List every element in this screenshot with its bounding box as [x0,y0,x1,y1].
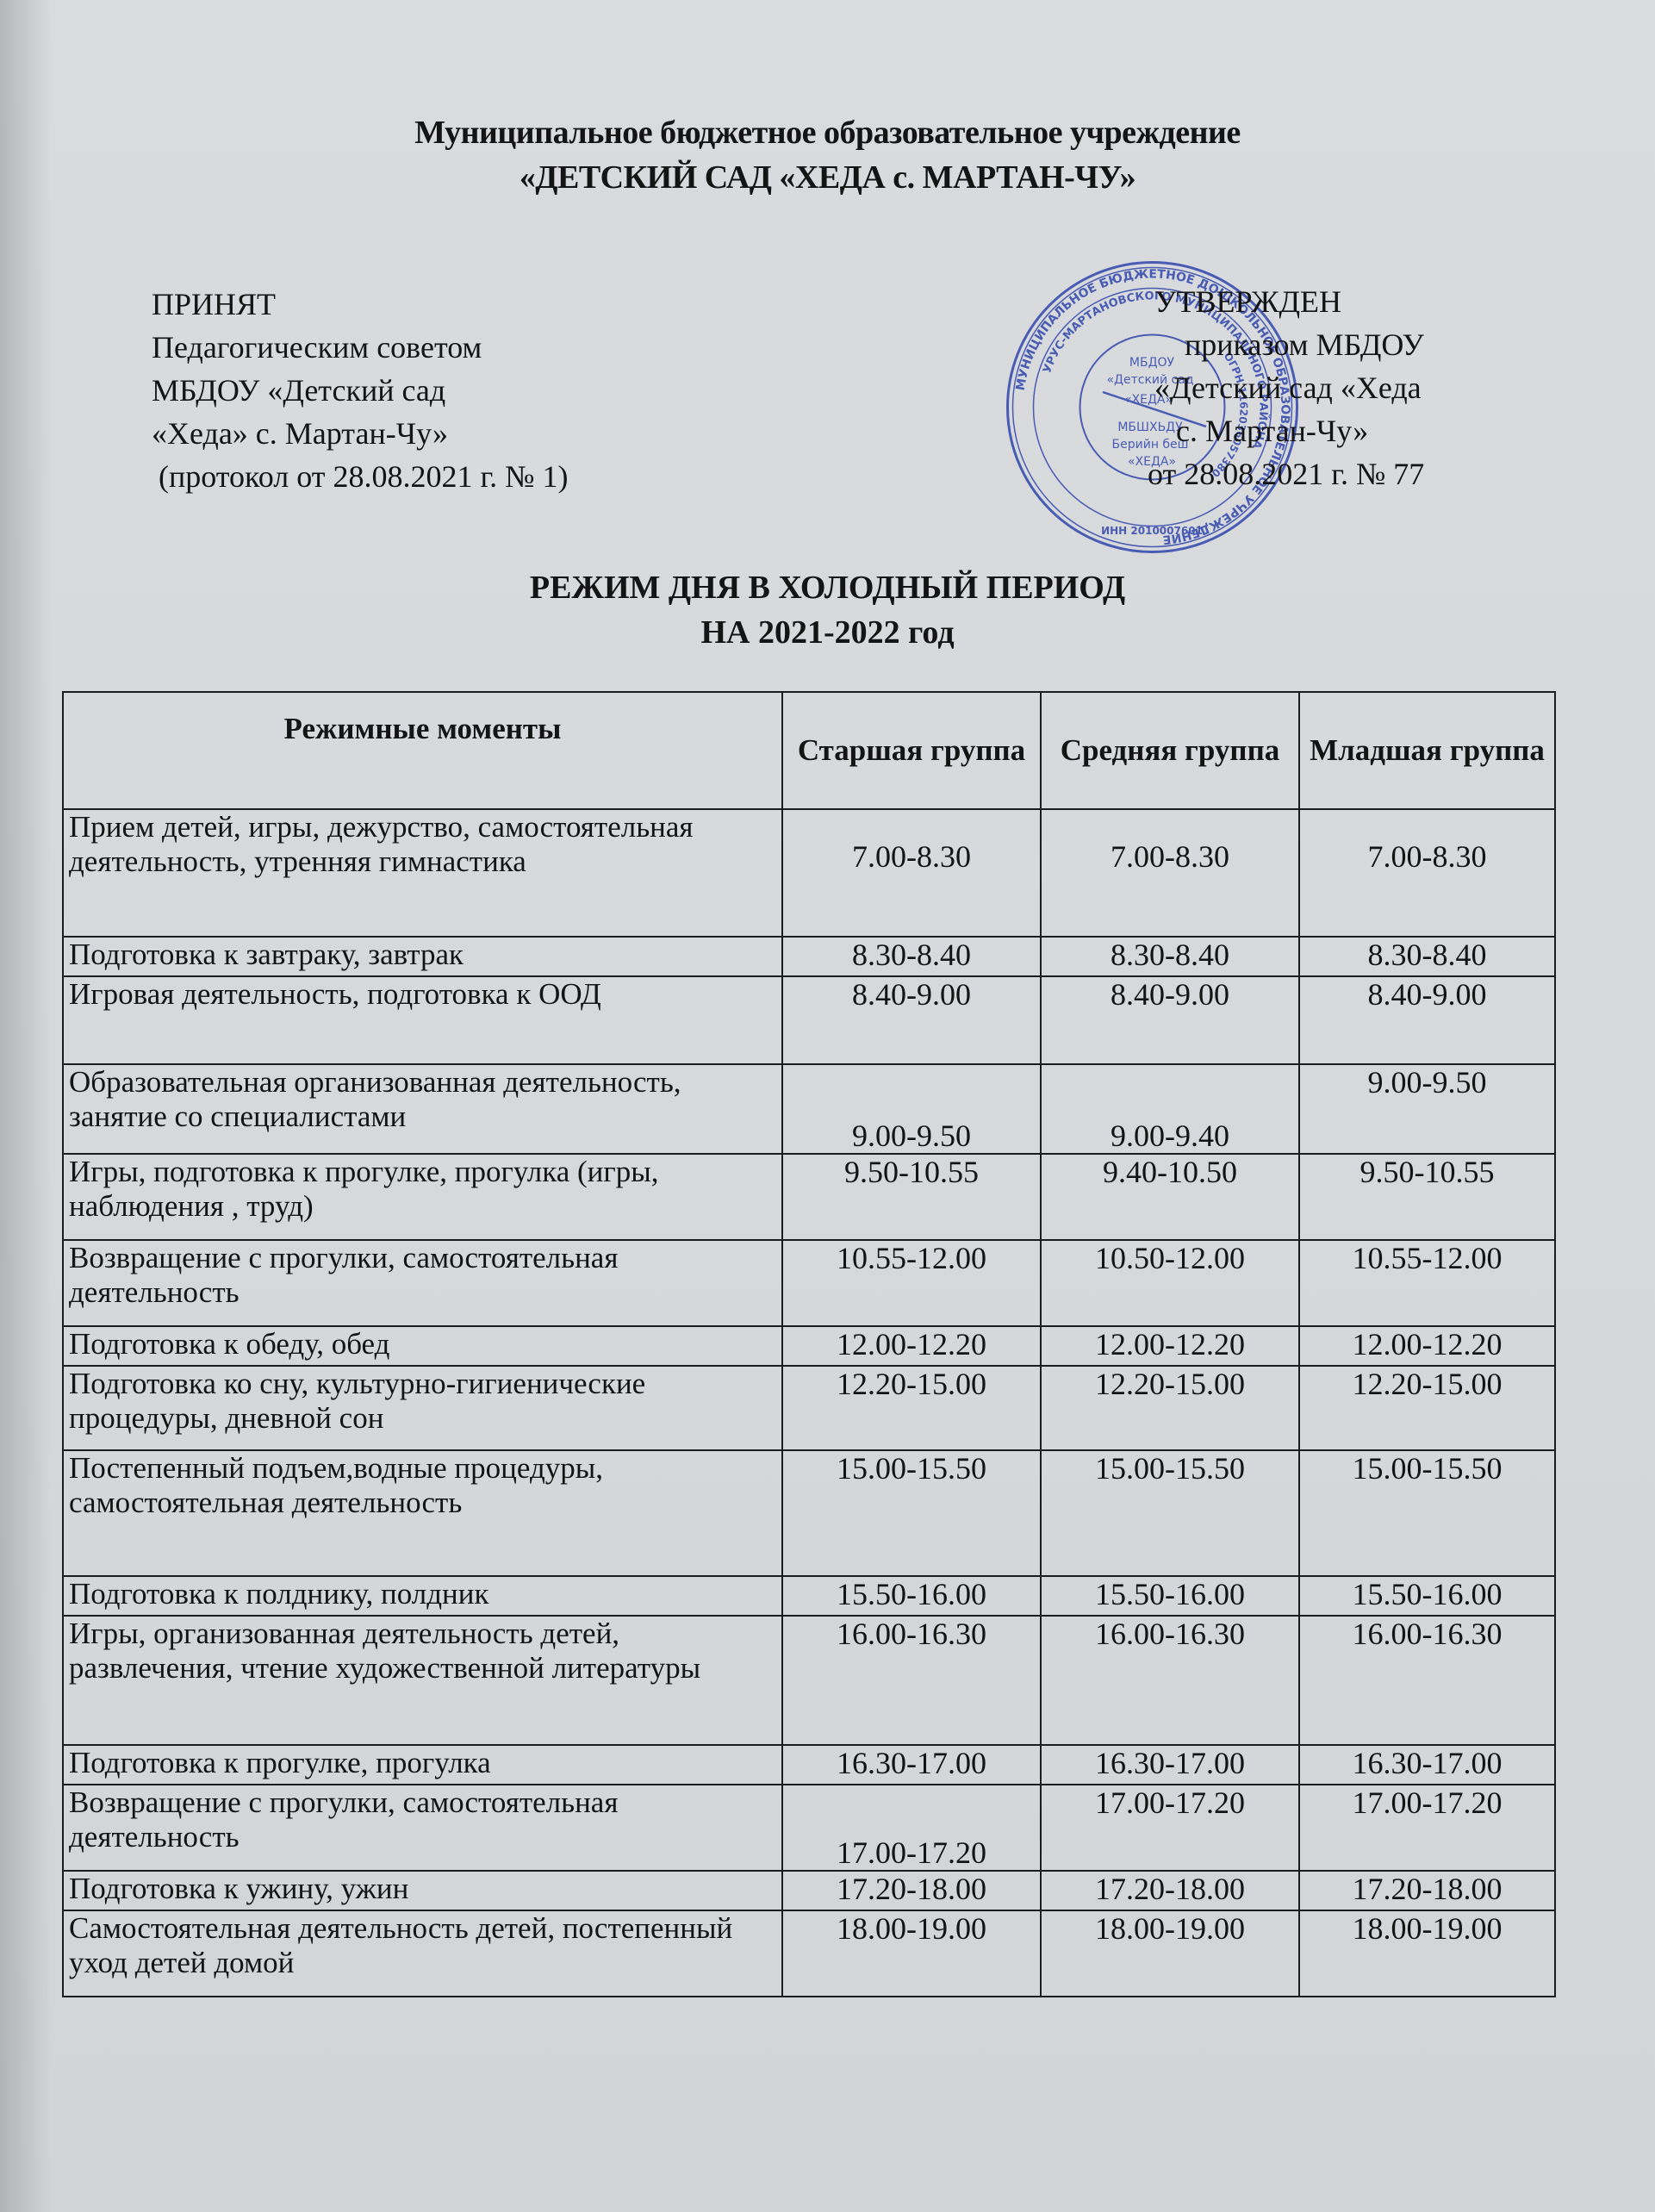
table-row: Подготовка к завтраку, завтрак8.30-8.408… [63,937,1555,976]
approved-org-line1: «Детский сад «Хеда [1154,366,1424,409]
time-senior-group: 12.00-12.20 [782,1326,1041,1366]
table-row: Возвращение с прогулки, самостоятельная … [63,1785,1555,1871]
header-junior-group: Младшая группа [1299,692,1555,809]
time-middle-group: 17.00-17.20 [1041,1785,1299,1871]
time-senior-group: 16.00-16.30 [782,1616,1041,1745]
time-middle-group: 10.50-12.00 [1041,1240,1299,1326]
time-junior-group: 15.50-16.00 [1299,1576,1555,1616]
table-row: Подготовка к ужину, ужин17.20-18.0017.20… [63,1871,1555,1910]
time-junior-group: 10.55-12.00 [1299,1240,1555,1326]
time-middle-group: 17.20-18.00 [1041,1871,1299,1910]
time-middle-group: 18.00-19.00 [1041,1910,1299,1997]
time-middle-group: 8.40-9.00 [1041,976,1299,1064]
accepted-protocol: (протокол от 28.08.2021 г. № 1) [159,455,569,498]
table-header-row: Режимные моменты Старшая группа Средняя … [63,692,1555,809]
schedule-moment: Игры, подготовка к прогулке, прогулка (и… [63,1154,782,1240]
accepted-org-line2: «Хеда» с. Мартан-Чу» [152,412,569,455]
accepted-label: ПРИНЯТ [152,283,569,326]
time-junior-group: 8.40-9.00 [1299,976,1555,1064]
time-senior-group: 7.00-8.30 [782,809,1041,937]
header-middle-group: Средняя группа [1041,692,1299,809]
schedule-moment: Постепенный подъем,водные процедуры, сам… [63,1450,782,1576]
schedule-moment: Образовательная организованная деятельно… [63,1064,782,1154]
table-row: Возвращение с прогулки, самостоятельная … [63,1240,1555,1326]
schedule-moment: Подготовка ко сну, культурно-гигиеническ… [63,1366,782,1450]
schedule-moment: Подготовка к полднику, полдник [63,1576,782,1616]
daily-schedule-table: Режимные моменты Старшая группа Средняя … [62,691,1556,1997]
time-senior-group: 18.00-19.00 [782,1910,1041,1997]
header-senior-group: Старшая группа [782,692,1041,809]
time-middle-group: 16.30-17.00 [1041,1745,1299,1785]
approved-block: УТВЕРЖДЕН приказом МБДОУ «Детский сад «Х… [1146,280,1424,495]
time-middle-group: 9.00-9.40 [1041,1064,1299,1154]
table-row: Подготовка к обеду, обед12.00-12.2012.00… [63,1326,1555,1366]
org-name-line2: «ДЕТСКИЙ САД «ХЕДА с. МАРТАН-ЧУ» [0,155,1655,200]
table-row: Подготовка ко сну, культурно-гигиеническ… [63,1366,1555,1450]
approved-org-line2: с. Мартан-Чу» [1176,409,1424,452]
time-senior-group: 10.55-12.00 [782,1240,1041,1326]
time-senior-group: 15.00-15.50 [782,1450,1041,1576]
approved-order-date: от 28.08.2021 г. № 77 [1148,452,1424,495]
table-row: Игры, подготовка к прогулке, прогулка (и… [63,1154,1555,1240]
org-name-line1: Муниципальное бюджетное образовательное … [0,110,1655,155]
time-junior-group: 9.50-10.55 [1299,1154,1555,1240]
time-junior-group: 9.00-9.50 [1299,1064,1555,1154]
time-senior-group: 8.40-9.00 [782,976,1041,1064]
time-senior-group: 17.00-17.20 [782,1785,1041,1871]
table-row: Образовательная организованная деятельно… [63,1064,1555,1154]
schedule-moment: Игровая деятельность, подготовка к ООД [63,976,782,1064]
time-senior-group: 16.30-17.00 [782,1745,1041,1785]
schedule-moment: Прием детей, игры, дежурство, самостояте… [63,809,782,937]
time-middle-group: 15.50-16.00 [1041,1576,1299,1616]
page-edge-shadow [0,0,52,2212]
time-junior-group: 12.20-15.00 [1299,1366,1555,1450]
table-row: Игры, организованная деятельность детей,… [63,1616,1555,1745]
table-row: Прием детей, игры, дежурство, самостояте… [63,809,1555,937]
time-middle-group: 7.00-8.30 [1041,809,1299,937]
schedule-moment: Возвращение с прогулки, самостоятельная … [63,1785,782,1871]
table-row: Подготовка к прогулке, прогулка16.30-17.… [63,1745,1555,1785]
svg-text:ИНН 2010007601: ИНН 2010007601 [1101,525,1203,537]
accepted-block: ПРИНЯТ Педагогическим советом МБДОУ «Дет… [152,283,569,498]
table-row: Постепенный подъем,водные процедуры, сам… [63,1450,1555,1576]
time-middle-group: 16.00-16.30 [1041,1616,1299,1745]
time-junior-group: 16.00-16.30 [1299,1616,1555,1745]
time-senior-group: 9.00-9.50 [782,1064,1041,1154]
time-middle-group: 8.30-8.40 [1041,937,1299,976]
table-row: Самостоятельная деятельность детей, пост… [63,1910,1555,1997]
time-middle-group: 9.40-10.50 [1041,1154,1299,1240]
time-junior-group: 17.00-17.20 [1299,1785,1555,1871]
time-junior-group: 12.00-12.20 [1299,1326,1555,1366]
schedule-moment: Подготовка к завтраку, завтрак [63,937,782,976]
time-junior-group: 16.30-17.00 [1299,1745,1555,1785]
time-senior-group: 9.50-10.55 [782,1154,1041,1240]
time-senior-group: 17.20-18.00 [782,1871,1041,1910]
schedule-moment: Возвращение с прогулки, самостоятельная … [63,1240,782,1326]
organization-header: Муниципальное бюджетное образовательное … [0,110,1655,200]
time-junior-group: 7.00-8.30 [1299,809,1555,937]
schedule-moment: Подготовка к обеду, обед [63,1326,782,1366]
document-title: РЕЖИМ ДНЯ В ХОЛОДНЫЙ ПЕРИОД НА 2021-2022… [0,565,1655,655]
approved-label: УТВЕРЖДЕН [1154,280,1424,323]
schedule-moment: Игры, организованная деятельность детей,… [63,1616,782,1745]
approved-by-order: приказом МБДОУ [1185,323,1424,366]
time-junior-group: 18.00-19.00 [1299,1910,1555,1997]
schedule-moment: Подготовка к прогулке, прогулка [63,1745,782,1785]
time-senior-group: 8.30-8.40 [782,937,1041,976]
title-line2: НА 2021-2022 год [0,610,1655,655]
header-moments: Режимные моменты [63,692,782,809]
time-senior-group: 15.50-16.00 [782,1576,1041,1616]
schedule-moment: Самостоятельная деятельность детей, пост… [63,1910,782,1997]
time-middle-group: 12.20-15.00 [1041,1366,1299,1450]
time-middle-group: 15.00-15.50 [1041,1450,1299,1576]
accepted-org-line1: МБДОУ «Детский сад [152,369,569,412]
time-junior-group: 15.00-15.50 [1299,1450,1555,1576]
title-line1: РЕЖИМ ДНЯ В ХОЛОДНЫЙ ПЕРИОД [0,565,1655,610]
time-senior-group: 12.20-15.00 [782,1366,1041,1450]
time-junior-group: 17.20-18.00 [1299,1871,1555,1910]
time-middle-group: 12.00-12.20 [1041,1326,1299,1366]
accepted-by: Педагогическим советом [152,326,569,369]
time-junior-group: 8.30-8.40 [1299,937,1555,976]
table-row: Подготовка к полднику, полдник15.50-16.0… [63,1576,1555,1616]
schedule-moment: Подготовка к ужину, ужин [63,1871,782,1910]
table-row: Игровая деятельность, подготовка к ООД8.… [63,976,1555,1064]
